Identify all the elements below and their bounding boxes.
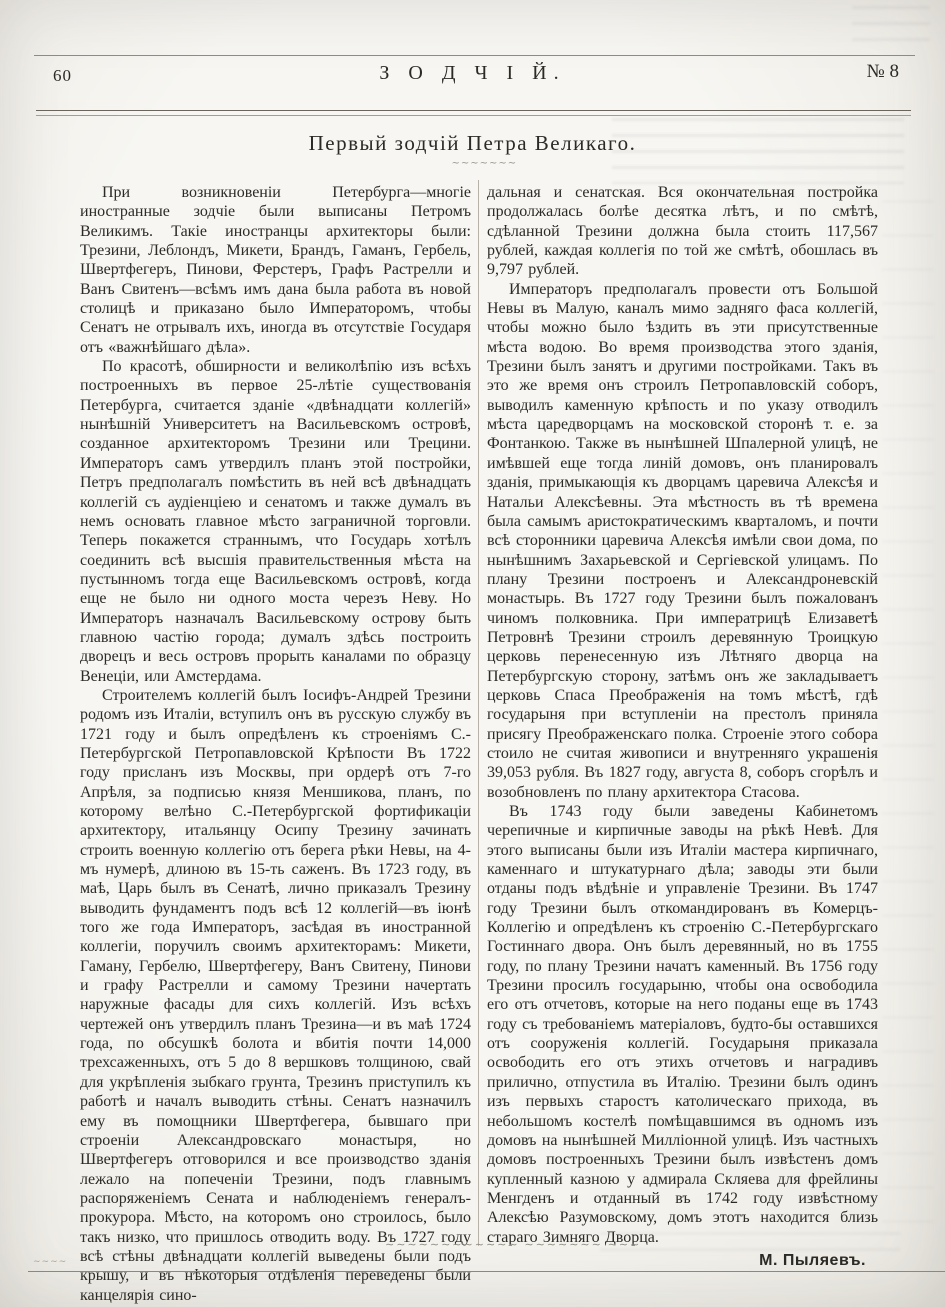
footer-corner-ornament: ∼∼∼∼: [33, 1256, 67, 1267]
journal-title: З О Д Ч І Й.: [0, 62, 945, 85]
header-top-rule: [34, 55, 915, 56]
issue-number: № 8: [867, 61, 899, 83]
right-column-paragraphs: дальная и сенатская. Вся окончательная п…: [487, 183, 878, 1247]
journal-page: 60 З О Д Ч І Й. № 8 Первый зодчій Петра …: [0, 0, 945, 1307]
bleed-through-corner: [852, 6, 930, 54]
right-column: дальная и сенатская. Вся окончательная п…: [487, 183, 878, 1270]
footer-rule: [28, 1271, 945, 1272]
paragraph: Императоръ предполагалъ провести отъ Бол…: [487, 280, 878, 802]
paragraph: Въ 1743 году были заведены Кабинетомъ че…: [487, 802, 878, 1247]
column-divider-rule: [478, 180, 479, 1246]
header-double-rule: [36, 110, 911, 116]
paragraph: Строителемъ коллегій былъ Іосифъ-Андрей …: [80, 686, 471, 1305]
article-title: Первый зодчій Петра Великаго.: [0, 131, 945, 156]
paragraph: По красотѣ, обширности и великолѣпію изъ…: [80, 357, 471, 686]
paragraph: При возникновеніи Петербурга—многіе инос…: [80, 183, 471, 357]
bleed-through-margin: [882, 200, 934, 1230]
title-ornament: ∼∼∼∼∼∼∼: [451, 158, 517, 169]
author-signature: М. Пыляевъ.: [487, 1252, 878, 1270]
left-column: При возникновеніи Петербурга—многіе инос…: [80, 183, 471, 1305]
paragraph: дальная и сенатская. Вся окончательная п…: [487, 183, 878, 280]
footer-ornament: ∼∼∼∼∼∼∼∼∼∼∼∼ ∼∼∼∼∼∼∼ ∼∼∼: [385, 1238, 641, 1251]
